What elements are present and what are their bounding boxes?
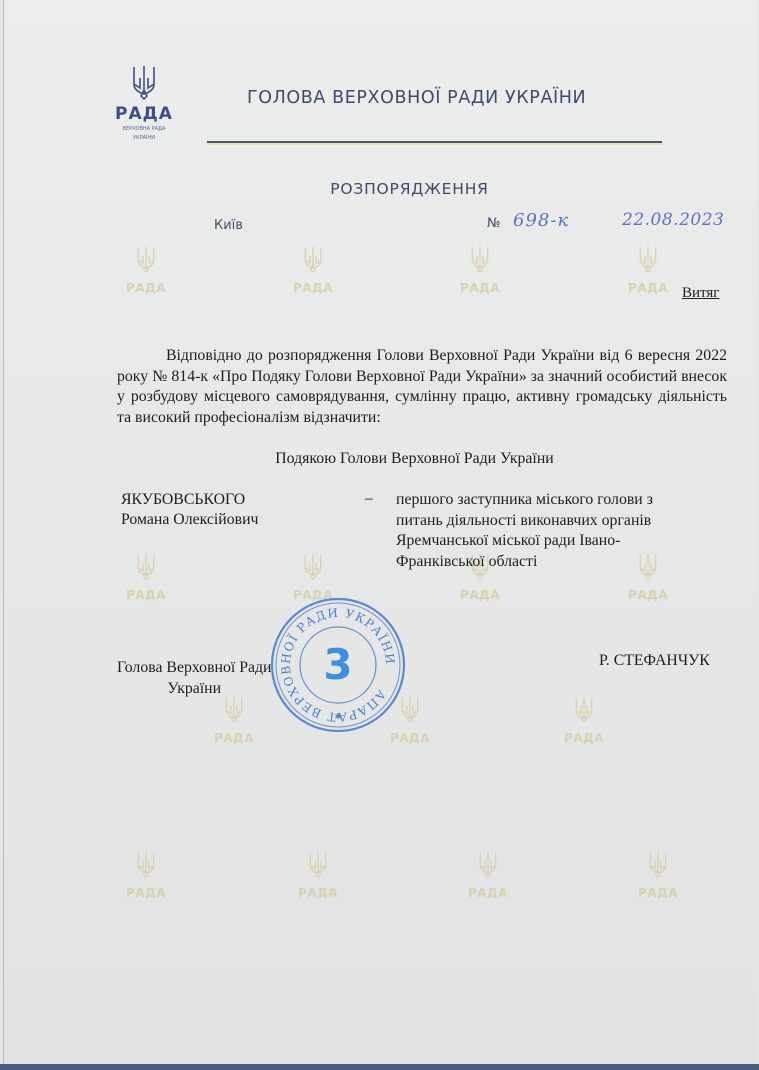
trident-icon: [556, 695, 612, 728]
watermark-logo: РАДА: [460, 850, 516, 900]
watermark-word: РАДА: [285, 281, 341, 295]
trident-icon: [206, 695, 262, 728]
watermark-word: РАДА: [630, 886, 686, 900]
trident-icon: [630, 850, 686, 883]
trident-icon: [285, 245, 341, 278]
document-number: 698-к: [513, 210, 569, 231]
watermark-word: РАДА: [452, 281, 508, 295]
header-divider: [207, 141, 662, 143]
watermark-word: РАДА: [118, 886, 174, 900]
position-line: Яремчанської міської ради Івано-: [396, 531, 716, 552]
trident-icon: [452, 245, 508, 278]
award-title: Подякою Голови Верховної Ради України: [0, 450, 759, 468]
document-date: 22.08.2023: [622, 210, 724, 230]
watermark-logo: РАДА: [118, 552, 174, 602]
watermark-logo: РАДА: [285, 245, 341, 295]
trident-icon: [290, 850, 346, 883]
logo-subtitle-2: УКРАЇНИ: [112, 135, 176, 142]
official-stamp: АПАРАТ ВЕРХОВНОЇ РАДИ УКРАЇНИ 3 ✱: [268, 595, 408, 735]
city: Київ: [214, 218, 243, 233]
watermark-logo: РАДА: [118, 245, 174, 295]
logo-subtitle-1: ВЕРХОВНА РАДА: [112, 126, 176, 133]
recipient-surname: ЯКУБОВСЬКОГО: [121, 490, 259, 510]
watermark-logo: РАДА: [118, 850, 174, 900]
extract-label: Витяг: [682, 285, 719, 302]
svg-text:✱: ✱: [335, 712, 342, 721]
watermark-word: РАДА: [556, 731, 612, 745]
watermark-word: РАДА: [620, 281, 676, 295]
watermark-logo: РАДА: [452, 245, 508, 295]
signatory-title-line1: Голова Верховної Ради: [117, 657, 272, 678]
watermark-word: РАДА: [206, 731, 262, 745]
watermark-word: РАДА: [118, 588, 174, 602]
trident-icon: [118, 552, 174, 585]
watermark-word: РАДА: [620, 588, 676, 602]
signatory-name: Р. СТЕФАНЧУК: [599, 652, 710, 670]
recipient-name: ЯКУБОВСЬКОГО Романа Олексійович: [121, 490, 259, 530]
watermark-word: РАДА: [460, 886, 516, 900]
watermark-logo: РАДА: [290, 850, 346, 900]
trident-icon: [131, 64, 157, 100]
signatory-title: Голова Верховної Ради України: [117, 657, 272, 699]
watermark-logo: РАДА: [630, 850, 686, 900]
body-paragraph: Відповідно до розпорядження Голови Верхо…: [117, 346, 727, 428]
header-title: ГОЛОВА ВЕРХОВНОЇ РАДИ УКРАЇНИ: [247, 88, 586, 108]
number-label: №: [487, 216, 501, 231]
position-line: Франківської області: [396, 552, 716, 573]
recipient-position: першого заступника міського голови з пит…: [396, 490, 716, 572]
watermark-logo: РАДА: [620, 245, 676, 295]
watermark-word: РАДА: [118, 281, 174, 295]
trident-icon: [620, 245, 676, 278]
logo-word: РАДА: [112, 104, 176, 124]
document-type: РОЗПОРЯДЖЕННЯ: [0, 180, 759, 198]
trident-icon: [460, 850, 516, 883]
trident-icon: [118, 245, 174, 278]
rada-logo: РАДА ВЕРХОВНА РАДА УКРАЇНИ: [112, 64, 176, 142]
trident-icon: [285, 552, 341, 585]
separator-dash: –: [365, 490, 373, 508]
trident-icon: [118, 850, 174, 883]
watermark-logo: РАДА: [206, 695, 262, 745]
watermark-logo: РАДА: [556, 695, 612, 745]
stamp-center-number: 3: [323, 640, 352, 689]
signatory-title-line2: України: [117, 678, 272, 699]
position-line: питань діяльності виконавчих органів: [396, 511, 716, 532]
watermark-word: РАДА: [290, 886, 346, 900]
position-line: першого заступника міського голови з: [396, 490, 716, 511]
watermark-word: РАДА: [452, 588, 508, 602]
recipient-given-names: Романа Олексійович: [121, 510, 259, 530]
page-bottom-edge: [0, 1064, 759, 1070]
